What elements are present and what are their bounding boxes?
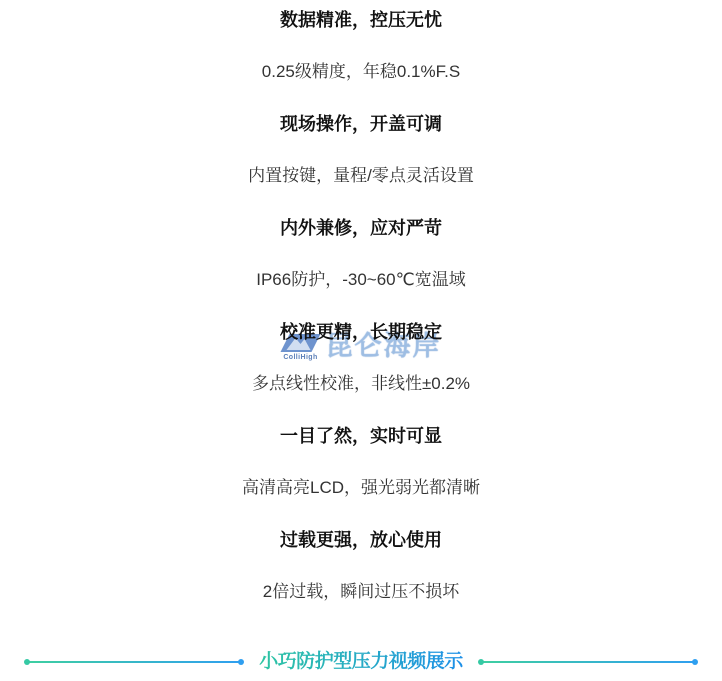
feature-description: 0.25级精度，年稳0.1%F.S	[0, 46, 722, 98]
line-dot	[238, 659, 244, 665]
line-dot	[478, 659, 484, 665]
feature-description: 高清高亮LCD，强光弱光都清晰	[0, 462, 722, 514]
feature-heading: 内外兼修，应对严苛	[0, 202, 722, 254]
feature-description: 多点线性校准，非线性±0.2%	[0, 358, 722, 410]
feature-list: 数据精准，控压无忧 0.25级精度，年稳0.1%F.S 现场操作，开盖可调 内置…	[0, 0, 722, 618]
feature-description: 内置按键，量程/零点灵活设置	[0, 150, 722, 202]
feature-heading: 现场操作，开盖可调	[0, 98, 722, 150]
feature-heading: 一目了然，实时可显	[0, 410, 722, 462]
line-dot	[24, 659, 30, 665]
feature-description: IP66防护，-30~60℃宽温域	[0, 254, 722, 306]
feature-heading: 数据精准，控压无忧	[0, 0, 722, 46]
video-section-title: 小巧防护型压力视频展示	[259, 649, 463, 675]
feature-heading: 校准更精，长期稳定	[0, 306, 722, 358]
feature-heading: 过载更强，放心使用	[0, 514, 722, 566]
video-section: 小巧防护型压力视频展示	[0, 649, 722, 675]
feature-description: 2倍过载，瞬间过压不损坏	[0, 566, 722, 618]
line-dot	[692, 659, 698, 665]
separator-line-left	[26, 661, 242, 663]
separator-line-right	[480, 661, 696, 663]
